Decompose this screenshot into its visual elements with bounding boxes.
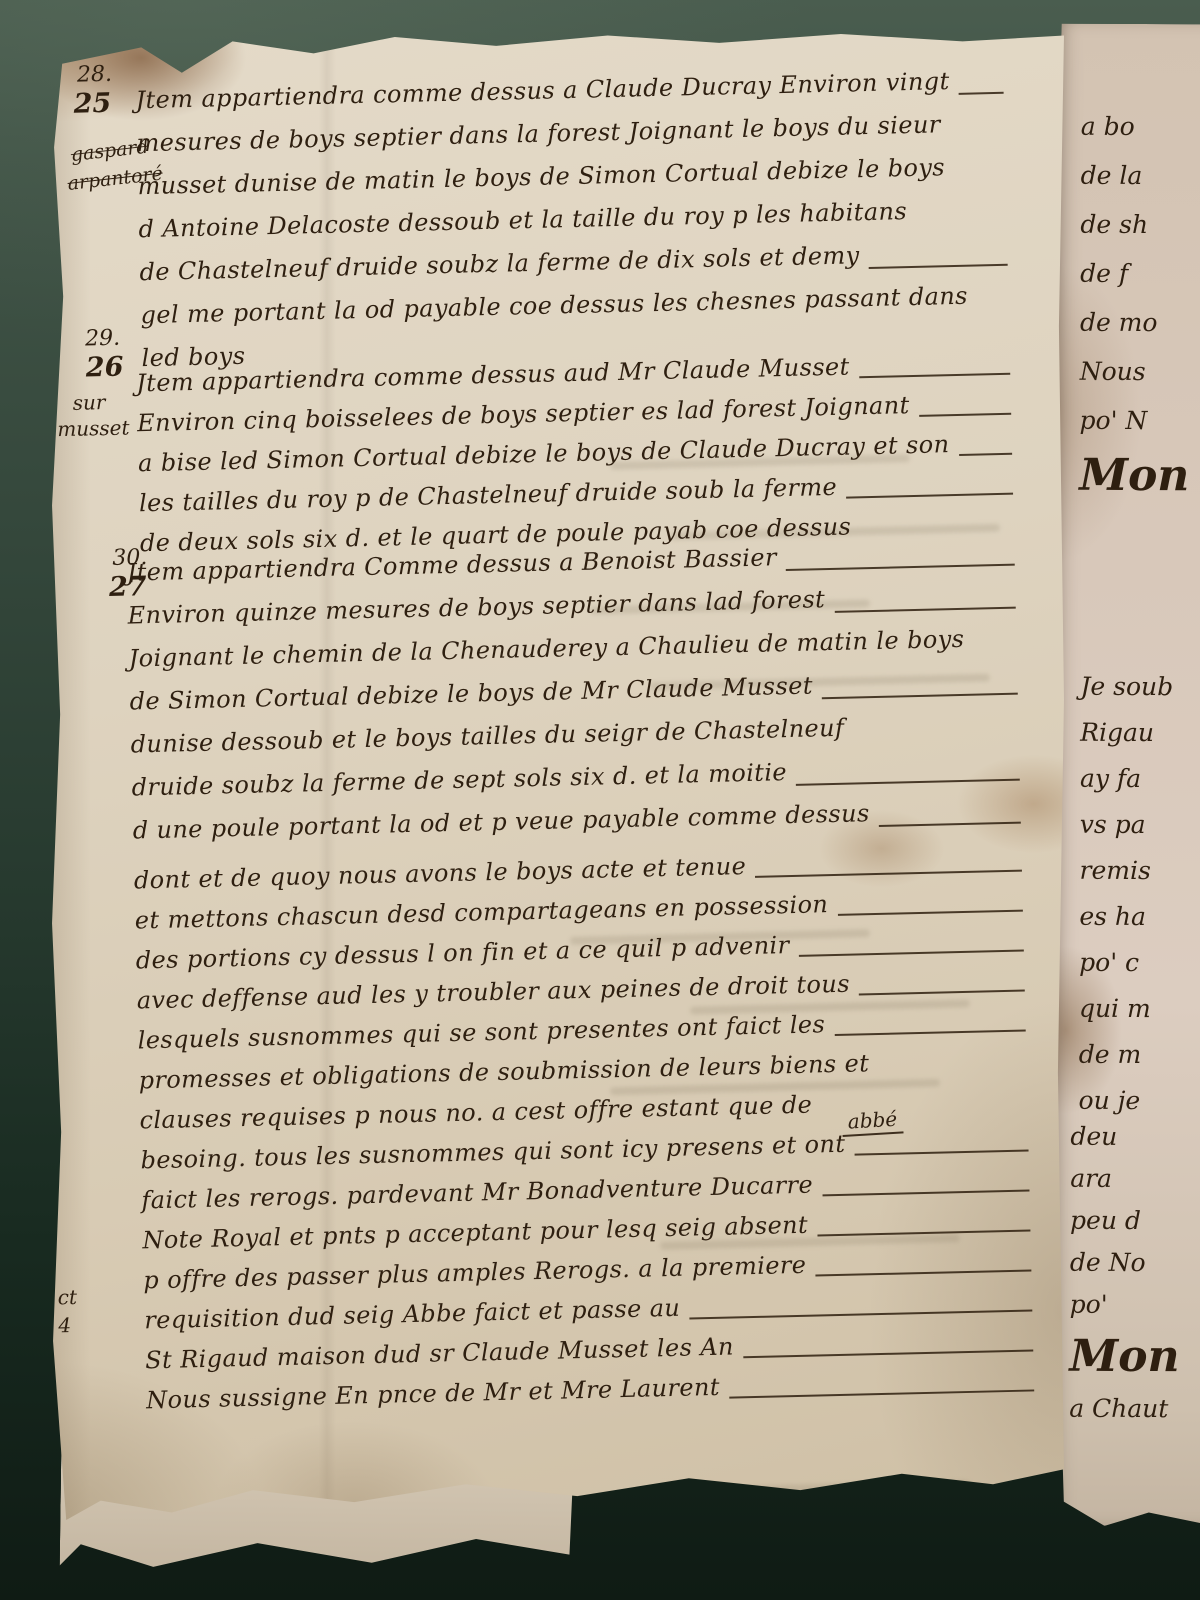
item1-new-number: 25 xyxy=(73,88,111,120)
item2-margin-note: musset xyxy=(57,415,130,441)
handwritten-text: Nous xyxy=(1080,357,1146,386)
line-filler-dash xyxy=(879,822,1021,827)
handwritten-text: de m xyxy=(1079,1040,1142,1069)
line-filler-dash xyxy=(959,92,1004,95)
right-page-text-fragment: de sh xyxy=(1080,200,1190,249)
right-page-text-fragment: Mon xyxy=(1069,1326,1179,1388)
main-manuscript-page: u m m 28. 25 gaspard arpantoré 29. 26 su… xyxy=(50,28,1064,1520)
right-page-text-fragment: qui m xyxy=(1079,986,1172,1032)
handwritten-text: deu xyxy=(1070,1122,1117,1151)
line-filler-dash xyxy=(859,990,1025,996)
right-page-text-fragment: de No xyxy=(1070,1242,1180,1284)
handwritten-text: a bo xyxy=(1081,112,1135,141)
line-filler-dash xyxy=(859,373,1010,379)
handwritten-text: remis xyxy=(1080,856,1151,885)
line-filler-dash xyxy=(755,870,1022,878)
handwritten-text: Je soub xyxy=(1080,672,1173,701)
right-page-text-fragment: po' c xyxy=(1079,940,1172,986)
line-filler-dash xyxy=(822,693,1018,700)
item2-margin-note: sur xyxy=(72,390,105,415)
handwritten-text: a Chaut xyxy=(1069,1394,1168,1423)
line-filler-dash xyxy=(855,1150,1029,1156)
right-page-text-fragment: Nous xyxy=(1080,347,1190,396)
handwritten-text: ara xyxy=(1070,1164,1112,1193)
right-page-text-fragment: deu xyxy=(1070,1116,1180,1158)
right-page-fragment-group-middle: Je soubRigauay favs paremises hapo' cqui… xyxy=(1078,664,1173,1124)
right-page-text-fragment: vs pa xyxy=(1080,802,1173,848)
second-manuscript-page: a bode lade shde fde moNouspo' NMon Je s… xyxy=(1047,24,1200,1527)
item2-old-number: 29. xyxy=(85,326,121,352)
handwritten-text: qui m xyxy=(1079,994,1151,1023)
line-filler-dash xyxy=(816,1269,1032,1276)
item3-paragraph: Jtem appartiendra Comme dessus a Benoist… xyxy=(126,531,1023,853)
right-page-text-fragment: Rigau xyxy=(1080,710,1173,756)
handwritten-text: es ha xyxy=(1079,902,1146,931)
handwritten-text: de la xyxy=(1081,161,1143,190)
right-page-text-fragment: ay fa xyxy=(1080,756,1173,802)
handwritten-text: vs pa xyxy=(1080,810,1146,839)
bottom-margin-mark: ct xyxy=(57,1285,77,1309)
line-filler-dash xyxy=(834,1030,1025,1037)
photograph-of-manuscript: { "colors": { "desk_top": "#4a5d4f", "de… xyxy=(0,0,1200,1600)
item1-paragraph: Jtem appartiendra comme dessus a Claude … xyxy=(135,59,1012,380)
handwritten-text: de No xyxy=(1070,1248,1146,1277)
line-filler-dash xyxy=(799,950,1024,957)
line-filler-dash xyxy=(689,1309,1032,1319)
right-page-text-fragment: de mo xyxy=(1080,298,1190,347)
line-filler-dash xyxy=(869,264,1008,269)
handwritten-text: de f xyxy=(1080,259,1128,288)
line-filler-dash xyxy=(786,564,1015,571)
right-page-text-fragment: a Chaut xyxy=(1069,1388,1179,1430)
right-page-text-fragment: de la xyxy=(1081,151,1191,200)
right-page-text-fragment: de f xyxy=(1080,249,1190,298)
right-page-text-fragment: po' xyxy=(1070,1284,1180,1326)
handwritten-text: peu d xyxy=(1070,1206,1141,1235)
right-page-text-fragment: de m xyxy=(1079,1032,1172,1078)
handwritten-text: Rigau xyxy=(1080,718,1154,747)
line-filler-dash xyxy=(743,1349,1033,1358)
handwritten-text: ou je xyxy=(1079,1086,1141,1115)
handwritten-text: Mon xyxy=(1069,1331,1179,1382)
right-page-text-fragment: ara xyxy=(1070,1158,1180,1200)
right-page-text-fragment: remis xyxy=(1079,848,1172,894)
item2-new-number: 26 xyxy=(85,352,123,384)
interlinear-insertion: abbé xyxy=(841,1106,904,1137)
right-page-text-fragment: Je soub xyxy=(1080,664,1173,710)
line-filler-dash xyxy=(959,453,1013,456)
right-page-text-fragment: a bo xyxy=(1081,102,1191,151)
line-filler-dash xyxy=(837,910,1022,916)
right-page-fragment-group-top: a bode lade shde fde moNouspo' NMon xyxy=(1079,102,1191,507)
line-filler-dash xyxy=(729,1389,1034,1398)
right-page-text-fragment: po' N xyxy=(1079,396,1189,445)
right-page-fragment-group-bottom: deuarapeu dde Nopo'Mona Chaut xyxy=(1069,1116,1180,1430)
line-filler-dash xyxy=(817,1229,1030,1236)
line-filler-dash xyxy=(846,493,1013,499)
right-page-text-fragment: peu d xyxy=(1070,1200,1180,1242)
right-page-text-fragment: es ha xyxy=(1079,894,1172,940)
line-filler-dash xyxy=(822,1189,1029,1196)
line-filler-dash xyxy=(796,779,1020,786)
line-filler-dash xyxy=(919,413,1011,417)
handwritten-text: Mon xyxy=(1079,450,1189,501)
line-filler-dash xyxy=(834,607,1015,613)
handwritten-text: ay fa xyxy=(1080,764,1141,793)
item2-paragraph: Jtem appartiendra comme dessus aud Mr Cl… xyxy=(136,343,1016,564)
item1-old-number: 28. xyxy=(77,62,113,88)
handwritten-text: po' N xyxy=(1079,406,1147,435)
bottom-margin-mark: 4 xyxy=(58,1313,71,1337)
handwritten-text: po' c xyxy=(1079,948,1139,977)
right-page-text-fragment: Mon xyxy=(1079,445,1189,507)
handwritten-text: de sh xyxy=(1080,210,1148,239)
handwritten-text: de mo xyxy=(1080,308,1158,337)
handwritten-text: po' xyxy=(1070,1290,1108,1319)
